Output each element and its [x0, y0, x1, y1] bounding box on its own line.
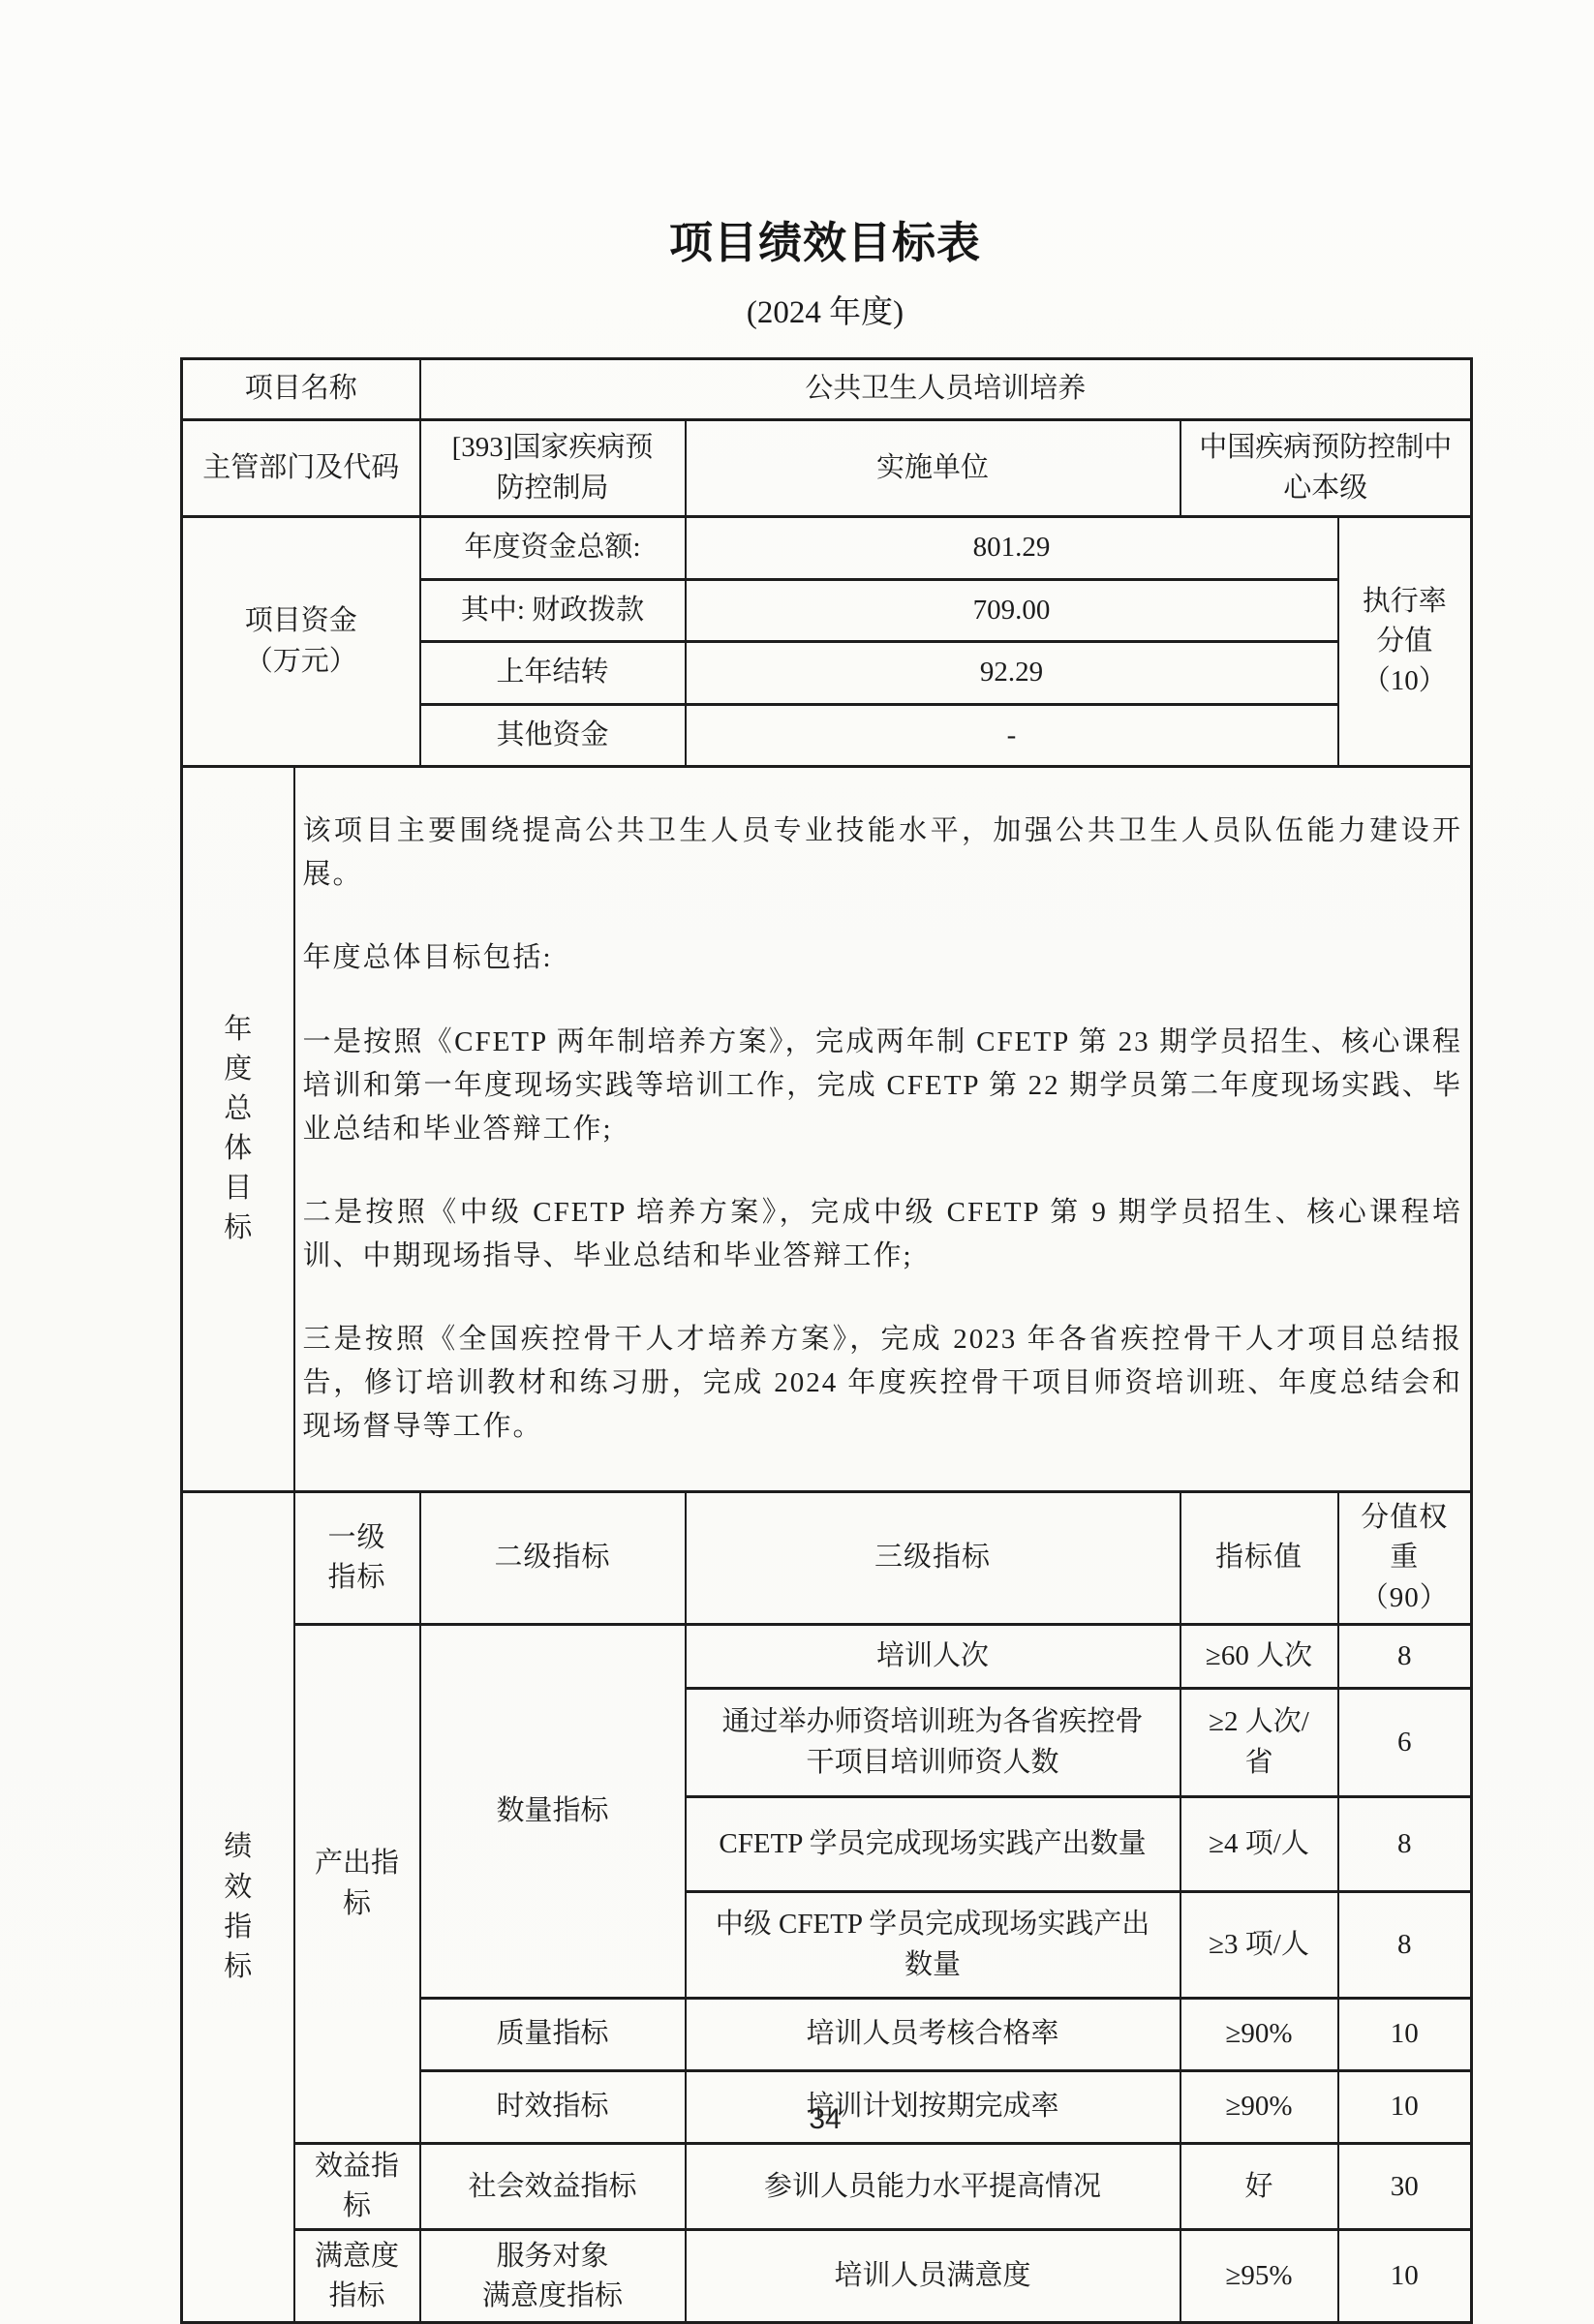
project-name-label: 项目名称 [182, 359, 420, 420]
table-row: 项目资金 （万元） 年度资金总额: 801.29 执行率 分值 （10） [182, 517, 1472, 580]
performance-indicator-group-label: 绩 效 指 标 [182, 1492, 294, 2323]
indicator-value: 好 [1180, 2144, 1338, 2230]
goal-paragraph: 一是按照《CFETP 两年制培养方案》，完成两年制 CFETP 第 23 期学员… [303, 1021, 1463, 1151]
table-row: 项目名称 公共卫生人员培训培养 [182, 359, 1472, 420]
level1-satisfaction-indicators: 满意度 指标 [294, 2230, 420, 2323]
indicator-weight: 8 [1338, 1892, 1472, 1999]
execution-rate-score-label: 执行率 分值 （10） [1338, 517, 1472, 767]
indicator-name: 培训人员考核合格率 [686, 1999, 1180, 2071]
goal-paragraph: 三是按照《全国疾控骨干人才培养方案》，完成 2023 年各省疾控骨干人才项目总结… [303, 1318, 1463, 1449]
indicator-name: 中级 CFETP 学员完成现场实践产出 数量 [686, 1892, 1180, 1999]
performance-target-table: 项目名称 公共卫生人员培训培养 主管部门及代码 [393]国家疾病预 防控制局 … [180, 357, 1473, 2324]
indicator-value: ≥4 项/人 [1180, 1797, 1338, 1892]
page-subtitle: (2024 年度) [180, 287, 1470, 332]
column-header-level2: 二级指标 [420, 1492, 686, 1625]
implementing-unit-label: 实施单位 [686, 420, 1180, 517]
table-row: 产出指 标 数量指标 培训人次 ≥60 人次 8 [182, 1625, 1472, 1689]
funding-carryover-value: 92.29 [686, 642, 1338, 705]
level2-quality-indicators: 质量指标 [420, 1999, 686, 2071]
department-value: [393]国家疾病预 防控制局 [420, 420, 686, 517]
indicator-weight: 10 [1338, 2230, 1472, 2323]
annual-goals-text: 该项目主要围绕提高公共卫生人员专业技能水平，加强公共卫生人员队伍能力建设开展。 … [294, 767, 1472, 1492]
indicator-name: CFETP 学员完成现场实践产出数量 [686, 1797, 1180, 1892]
indicator-name: 培训人员满意度 [686, 2230, 1180, 2323]
column-header-weight: 分值权 重 （90） [1338, 1492, 1472, 1625]
goal-paragraph: 年度总体目标包括: [303, 936, 1463, 980]
indicator-weight: 30 [1338, 2144, 1472, 2230]
indicator-value: ≥90% [1180, 1999, 1338, 2071]
funding-total-value: 801.29 [686, 517, 1338, 580]
table-row: 年 度 总 体 目 标 该项目主要围绕提高公共卫生人员专业技能水平，加强公共卫生… [182, 767, 1472, 1492]
project-name-value: 公共卫生人员培训培养 [420, 359, 1472, 420]
indicator-weight: 8 [1338, 1625, 1472, 1689]
indicator-name: 通过举办师资培训班为各省疾控骨 干项目培训师资人数 [686, 1689, 1180, 1797]
annual-goals-label: 年 度 总 体 目 标 [182, 767, 294, 1492]
funding-fiscal-value: 709.00 [686, 580, 1338, 642]
indicator-value: ≥3 项/人 [1180, 1892, 1338, 1999]
indicator-value: ≥95% [1180, 2230, 1338, 2323]
implementing-unit-value: 中国疾病预防控制中 心本级 [1180, 420, 1472, 517]
indicator-weight: 6 [1338, 1689, 1472, 1797]
indicator-name: 培训人次 [686, 1625, 1180, 1689]
department-label: 主管部门及代码 [182, 420, 420, 517]
funding-total-label: 年度资金总额: [420, 517, 686, 580]
level2-social-benefit-indicators: 社会效益指标 [420, 2144, 686, 2230]
goal-paragraph: 二是按照《中级 CFETP 培养方案》，完成中级 CFETP 第 9 期学员招生… [303, 1191, 1463, 1278]
indicator-name: 参训人员能力水平提高情况 [686, 2144, 1180, 2230]
indicator-weight: 8 [1338, 1797, 1472, 1892]
indicator-weight: 10 [1338, 1999, 1472, 2071]
page-title: 项目绩效目标表 [180, 207, 1470, 270]
table-row: 满意度 指标 服务对象 满意度指标 培训人员满意度 ≥95% 10 [182, 2230, 1472, 2323]
indicator-value: ≥2 人次/ 省 [1180, 1689, 1338, 1797]
funding-carryover-label: 上年结转 [420, 642, 686, 705]
scanned-page: 项目绩效目标表 (2024 年度) 项目名称 公共卫生人员培训培养 主管部门及代… [0, 0, 1594, 2276]
level1-benefit-indicators: 效益指 标 [294, 2144, 420, 2230]
table-row: 效益指 标 社会效益指标 参训人员能力水平提高情况 好 30 [182, 2144, 1472, 2230]
column-header-value: 指标值 [1180, 1492, 1338, 1625]
table-row: 主管部门及代码 [393]国家疾病预 防控制局 实施单位 中国疾病预防控制中 心… [182, 420, 1472, 517]
funding-other-value: - [686, 705, 1338, 767]
level2-service-target-satisfaction: 服务对象 满意度指标 [420, 2230, 686, 2323]
column-header-level3: 三级指标 [686, 1492, 1180, 1625]
table-row: 绩 效 指 标 一级 指标 二级指标 三级指标 指标值 分值权 重 （90） [182, 1492, 1472, 1625]
level1-output-indicators: 产出指 标 [294, 1625, 420, 2144]
funding-group-label: 项目资金 （万元） [182, 517, 420, 767]
level2-quantity-indicators: 数量指标 [420, 1625, 686, 1999]
funding-fiscal-label: 其中: 财政拨款 [420, 580, 686, 642]
column-header-level1: 一级 指标 [294, 1492, 420, 1625]
page-number: 34 [180, 2103, 1470, 2136]
goal-paragraph: 该项目主要围绕提高公共卫生人员专业技能水平，加强公共卫生人员队伍能力建设开展。 [303, 810, 1463, 897]
indicator-value: ≥60 人次 [1180, 1625, 1338, 1689]
funding-other-label: 其他资金 [420, 705, 686, 767]
